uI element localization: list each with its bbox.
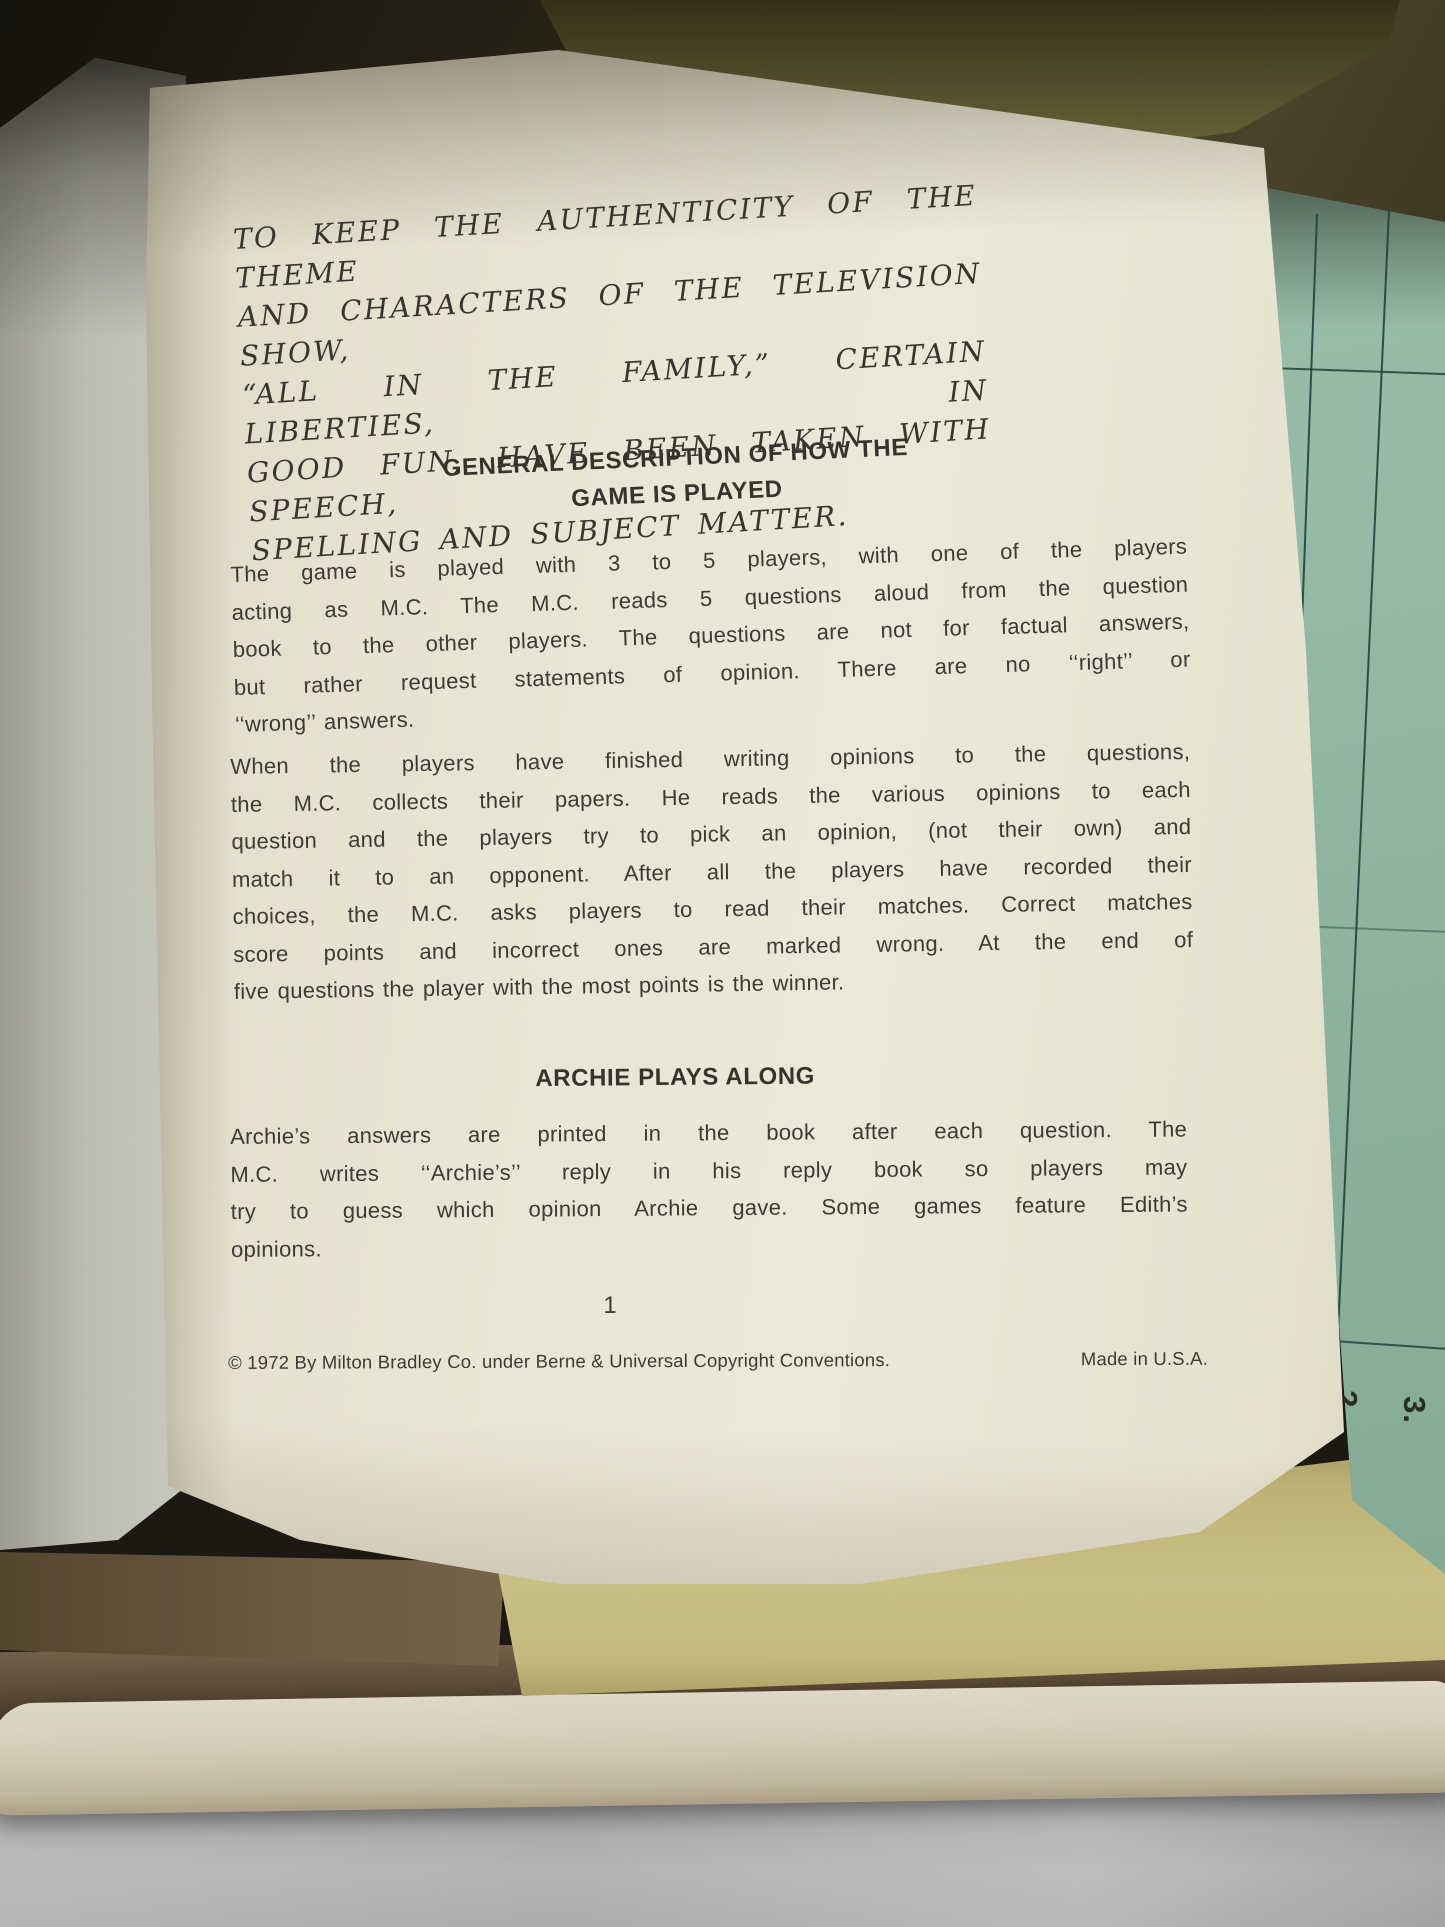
copyright-line: © 1972 By Milton Bradley Co. under Berne… bbox=[228, 1349, 890, 1374]
paragraph-general-1: The game is played with 3 to 5 players, … bbox=[230, 528, 1192, 744]
text-line: ARCHIE PLAYS ALONG bbox=[200, 1056, 1150, 1100]
section-heading-archie: ARCHIE PLAYS ALONG bbox=[200, 1056, 1150, 1100]
page-footer: © 1972 By Milton Bradley Co. under Berne… bbox=[228, 1348, 1208, 1374]
game-box-edge bbox=[0, 1680, 1445, 1815]
score-card-rule-horizontal bbox=[1334, 1340, 1445, 1350]
text-line: opinions. bbox=[231, 1223, 1188, 1268]
score-card-row-label: 3. bbox=[1396, 1396, 1432, 1424]
paragraph-general-2: When the players have finished writing o… bbox=[230, 733, 1194, 1011]
text-line: try to guess which opinion Archie gave. … bbox=[231, 1185, 1188, 1230]
paragraph-archie-1: Archie’s answers are printed in the book… bbox=[230, 1110, 1188, 1268]
made-in-label: Made in U.S.A. bbox=[1081, 1348, 1208, 1371]
score-card-rule-vertical bbox=[1336, 210, 1390, 1359]
page-number: 1 bbox=[230, 1290, 990, 1322]
photo-of-game-instruction-booklet: 2. 3. TO KEEP THE AUTHENTICITY OF THE TH… bbox=[0, 0, 1445, 1927]
score-card-rule-horizontal bbox=[1266, 367, 1445, 375]
